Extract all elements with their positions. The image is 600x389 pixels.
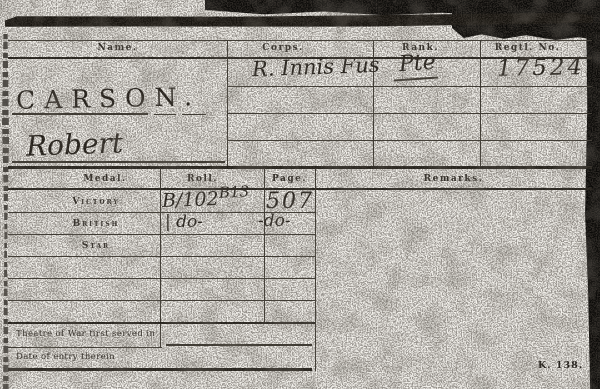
medal-row-line xyxy=(8,300,315,301)
rank-underline-flourish xyxy=(394,76,438,81)
medal-row-line xyxy=(8,278,315,279)
medal-index-card: Name. Corps. Rank. Regtl. No. Medal. Rol… xyxy=(0,0,600,389)
corps-column-header: Corps. xyxy=(227,43,339,53)
medal-column-header: Medal. xyxy=(30,174,180,184)
remarks-column-header: Remarks. xyxy=(315,174,592,184)
medal-name-victory: Victory xyxy=(26,197,166,207)
forename-value: Robert xyxy=(25,126,123,162)
name-column-header: Name. xyxy=(8,43,227,53)
date-of-entry-label: Date of entry therein xyxy=(16,352,115,362)
corps-row-line xyxy=(227,140,592,141)
card-bottom-line xyxy=(8,368,312,371)
divider-page-remarks xyxy=(315,168,316,371)
medal-name-star: Star xyxy=(26,241,166,251)
victory-roll-suffix: B13 xyxy=(219,182,250,202)
regtl-no-column-header: Regtl. No. xyxy=(480,43,575,53)
section-divider-line xyxy=(8,166,592,169)
theatre-value-line xyxy=(166,344,312,346)
surname-value: CARSON. xyxy=(16,82,201,115)
regtl-no-value: 17524 xyxy=(497,54,586,82)
british-roll-ditto: | do- xyxy=(165,212,203,232)
victory-roll-value: B/102 xyxy=(162,188,219,212)
divider-roll-page xyxy=(264,168,265,322)
theatre-label-underline xyxy=(8,347,162,348)
surname-underline-dash xyxy=(182,114,206,115)
card-reference-code: K. 138. xyxy=(538,360,583,371)
rank-value: Pte xyxy=(398,50,436,77)
divider-name-corps xyxy=(227,40,228,168)
page-column-header: Page. xyxy=(264,174,315,184)
header-top-rule xyxy=(8,40,592,41)
divider-rank-regtl xyxy=(480,40,481,168)
medal-row-line xyxy=(8,256,315,257)
surname-underline-dash xyxy=(154,114,176,115)
corps-row-line xyxy=(227,86,592,87)
british-page-ditto: -do- xyxy=(258,211,291,231)
theatre-of-war-label: Theatre of War first served in xyxy=(16,329,155,339)
corps-value: R. Innis Fus xyxy=(252,53,380,81)
medal-name-british: British xyxy=(26,219,166,229)
medal-row-line xyxy=(8,234,315,235)
corps-row-line xyxy=(227,113,592,114)
medal-table-bottom-line xyxy=(8,322,315,324)
